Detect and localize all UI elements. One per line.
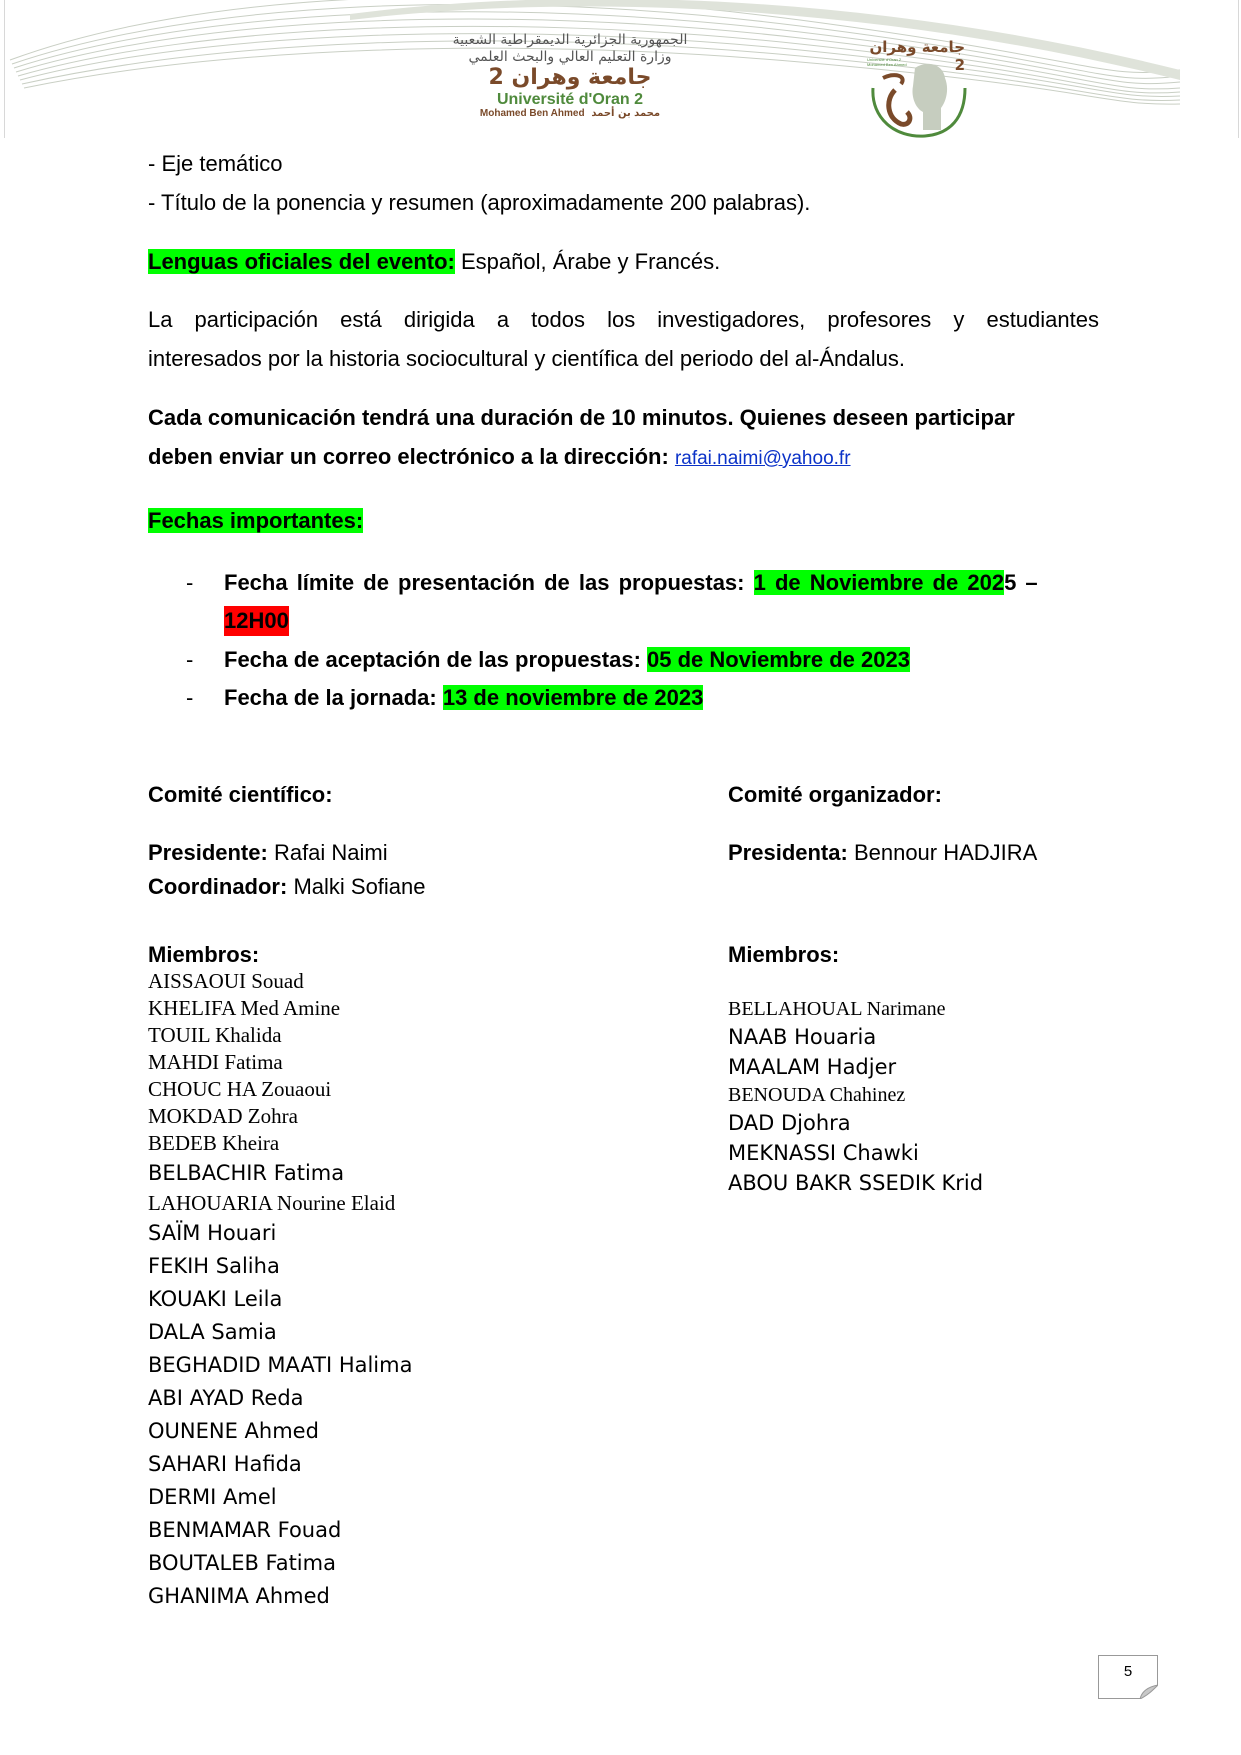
dates-heading: Fechas importantes: — [148, 508, 363, 533]
committee-member: TOUIL Khalida — [148, 1022, 412, 1049]
committee-member: MAALAM Hadjer — [728, 1052, 983, 1082]
date-label: Fecha de la jornada: — [224, 685, 443, 710]
committee-member: SAÏM Houari — [148, 1217, 412, 1250]
scientific-members-list: AISSAOUI SouadKHELIFA Med AmineTOUIL Kha… — [148, 968, 412, 1613]
page-number-badge: 5 — [1098, 1655, 1158, 1699]
organizing-president: Presidenta: Bennour HADJIRA — [728, 838, 1037, 868]
communication-line-2: deben enviar un correo electrónico a la … — [148, 442, 851, 474]
committee-member: BENOUDA Chahinez — [728, 1082, 983, 1108]
coordinator-name: Malki Sofiane — [287, 874, 425, 899]
committee-member: DALA Samia — [148, 1316, 412, 1349]
committee-member: BELLAHOUAL Narimane — [728, 996, 983, 1022]
committee-member: CHOUC HA Zouaoui — [148, 1076, 412, 1103]
logo-title: جامعة وهران 2 — [865, 38, 965, 74]
languages-label: Lenguas oficiales del evento: — [148, 249, 455, 274]
committee-member: FEKIH Saliha — [148, 1250, 412, 1283]
date-value: 13 de noviembre de 2023 — [443, 685, 703, 710]
republic-name-arabic: الجمهورية الجزائرية الديمقراطية الشعبية — [390, 32, 750, 49]
committee-member: GHANIMA Ahmed — [148, 1580, 412, 1613]
official-languages: Lenguas oficiales del evento: Español, Á… — [148, 247, 720, 277]
deadline-time: 12H00 — [224, 606, 289, 636]
committee-member: DAD Djohra — [728, 1108, 983, 1138]
university-logo: جامعة وهران 2 Université d'Oran 2 Mohame… — [865, 38, 977, 138]
requirement-item: - Título de la ponencia y resumen (aprox… — [148, 188, 810, 218]
scientific-president: Presidente: Rafai Naimi — [148, 838, 388, 868]
scientific-coordinator: Coordinador: Malki Sofiane — [148, 872, 426, 902]
logo-subtitle: Université d'Oran 2 Mohamed Ben Ahmed — [867, 57, 907, 67]
committee-member: SAHARI Hafida — [148, 1448, 412, 1481]
organizing-committee-heading: Comité organizador: — [728, 780, 942, 810]
committee-member: MAHDI Fatima — [148, 1049, 412, 1076]
committee-member: BEGHADID MAATI Halima — [148, 1349, 412, 1382]
committee-member: BELBACHIR Fatima — [148, 1157, 412, 1190]
date-value: 05 de Noviembre de 2023 — [647, 647, 910, 672]
date-value: 1 de Noviembre de 202 — [754, 570, 1004, 595]
president-name: Rafai Naimi — [268, 840, 388, 865]
university-subtitle-latin: Mohamed Ben Ahmed — [480, 108, 585, 119]
committee-member: OUNENE Ahmed — [148, 1415, 412, 1448]
participation-line-1: La participación está dirigida a todos l… — [148, 305, 1099, 335]
bullet-dash: - — [186, 645, 193, 675]
communication-line-1: Cada comunicación tendrá una duración de… — [148, 403, 1015, 433]
committee-member: BEDEB Kheira — [148, 1130, 412, 1157]
committee-member: KHELIFA Med Amine — [148, 995, 412, 1022]
date-item-text: Fecha de aceptación de las propuestas: 0… — [224, 645, 910, 675]
committee-member: AISSAOUI Souad — [148, 968, 412, 995]
university-subtitle-arabic: محمد بن أحمد — [591, 108, 660, 119]
president-label: Presidente: — [148, 840, 268, 865]
date-item-text: Fecha límite de presentación de las prop… — [224, 568, 1038, 598]
university-name-arabic: جامعة وهران 2 — [390, 66, 750, 90]
committee-member: MEKNASSI Chawki — [728, 1138, 983, 1168]
contact-email-link[interactable]: rafai.naimi@yahoo.fr — [675, 448, 851, 469]
scientific-committee-heading: Comité científico: — [148, 780, 333, 810]
date-label: Fecha de aceptación de las propuestas: — [224, 647, 647, 672]
date-item-text: Fecha de la jornada: 13 de noviembre de … — [224, 683, 703, 713]
scientific-members-heading: Miembros: — [148, 940, 259, 970]
requirement-item: - Eje temático — [148, 149, 283, 179]
languages-value: Español, Árabe y Francés. — [455, 249, 720, 274]
committee-member: BOUTALEB Fatima — [148, 1547, 412, 1580]
committee-member: NAAB Houaria — [728, 1022, 983, 1052]
committee-member: BENMAMAR Fouad — [148, 1514, 412, 1547]
important-dates-heading: Fechas importantes: — [148, 506, 363, 536]
committee-member: ABI AYAD Reda — [148, 1382, 412, 1415]
bullet-dash: - — [186, 683, 193, 713]
university-heading: الجمهورية الجزائرية الديمقراطية الشعبية … — [390, 32, 750, 120]
page-number: 5 — [1098, 1663, 1158, 1680]
communication-text: deben enviar un correo electrónico a la … — [148, 444, 675, 469]
committee-member: DERMI Amel — [148, 1481, 412, 1514]
organizing-members-list: BELLAHOUAL NarimaneNAAB HouariaMAALAM Ha… — [728, 996, 983, 1198]
president-label: Presidenta: — [728, 840, 848, 865]
committee-member: LAHOUARIA Nourine Elaid — [148, 1190, 412, 1217]
ministry-name-arabic: وزارة التعليم العالي والبحث العلمي — [390, 49, 750, 66]
committee-member: KOUAKI Leila — [148, 1283, 412, 1316]
date-value-tail: 5 – — [1004, 570, 1038, 595]
organizing-members-heading: Miembros: — [728, 940, 839, 970]
date-label: Fecha límite de presentación de las prop… — [224, 570, 754, 595]
university-name-french: Université d'Oran 2 — [390, 91, 750, 108]
university-subtitle: Mohamed Ben Ahmed محمد بن أحمد — [390, 108, 750, 120]
participation-line-2: interesados por la historia sociocultura… — [148, 344, 905, 374]
committee-member: MOKDAD Zohra — [148, 1103, 412, 1130]
president-name: Bennour HADJIRA — [848, 840, 1038, 865]
committee-member: ABOU BAKR SSEDIK Krid — [728, 1168, 983, 1198]
bullet-dash: - — [186, 568, 193, 598]
coordinator-label: Coordinador: — [148, 874, 287, 899]
letterhead-banner: الجمهورية الجزائرية الديمقراطية الشعبية … — [0, 0, 1241, 138]
